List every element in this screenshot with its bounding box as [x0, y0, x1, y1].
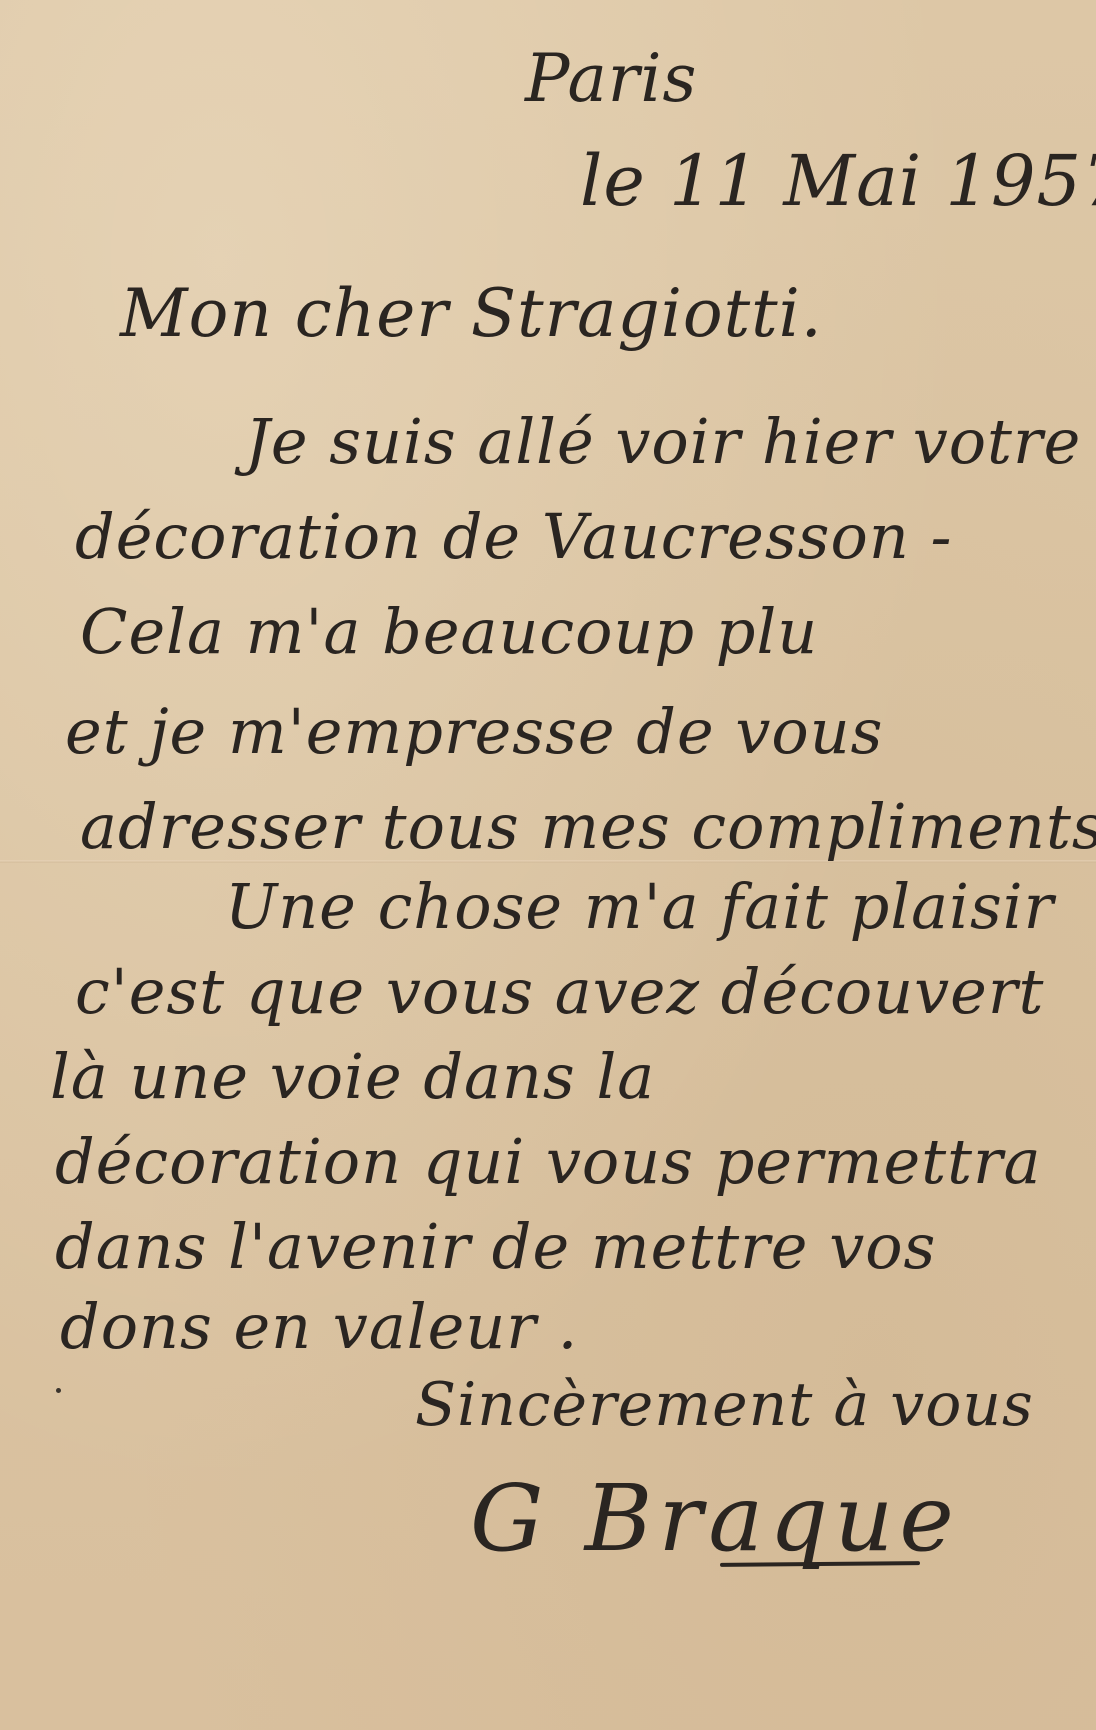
letter-body-line: Une chose m'a fait plaisir — [225, 870, 1054, 943]
letter-body-line: dons en valeur . — [60, 1290, 578, 1363]
letter-body-line: Je suis allé voir hier votre — [245, 405, 1081, 478]
ink-dot — [56, 1388, 61, 1393]
letter-body-line: Cela m'a beaucoup plu — [80, 595, 818, 668]
letter-place: Paris — [525, 40, 697, 117]
letter-body-line: c'est que vous avez découvert — [75, 955, 1044, 1028]
letter-page: Paris le 11 Mai 1957. Mon cher Stragiott… — [0, 0, 1096, 1730]
letter-body-line: dans l'avenir de mettre vos — [55, 1210, 936, 1283]
letter-date: le 11 Mai 1957. — [580, 140, 1096, 222]
letter-body-line: décoration de Vaucresson - — [75, 500, 952, 573]
letter-body-line: adresser tous mes compliments. — [80, 790, 1096, 863]
letter-salutation: Mon cher Stragiotti. — [120, 275, 823, 352]
letter-body-line: là une voie dans la — [50, 1040, 655, 1113]
letter-body-line: décoration qui vous permettra — [55, 1125, 1042, 1198]
letter-closing: Sincèrement à vous — [415, 1370, 1034, 1440]
letter-body-line: et je m'empresse de vous — [65, 695, 884, 768]
letter-signature: G Braque — [470, 1465, 960, 1572]
